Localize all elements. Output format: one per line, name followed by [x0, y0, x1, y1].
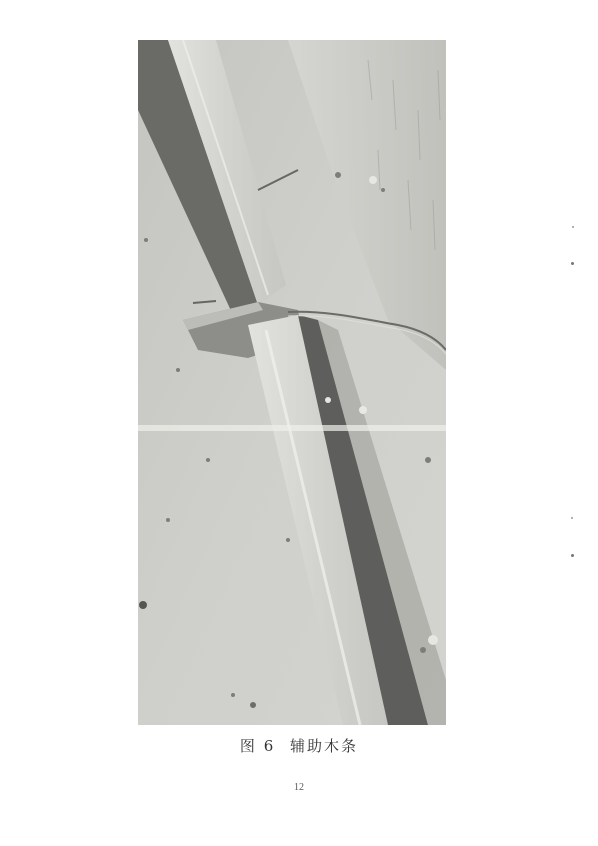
scan-speck [571, 517, 573, 519]
page-number: 12 [0, 782, 598, 793]
figure-photo [138, 40, 446, 725]
scan-speck [571, 554, 574, 557]
figure-label: 图 [240, 737, 257, 755]
figure-number: 6 [264, 737, 276, 755]
figure-caption: 图 6 辅助木条 [0, 735, 598, 756]
scan-speck [572, 226, 574, 228]
wooden-strip-photo [138, 40, 446, 725]
figure-title: 辅助木条 [290, 737, 358, 755]
scan-speck [571, 262, 574, 265]
